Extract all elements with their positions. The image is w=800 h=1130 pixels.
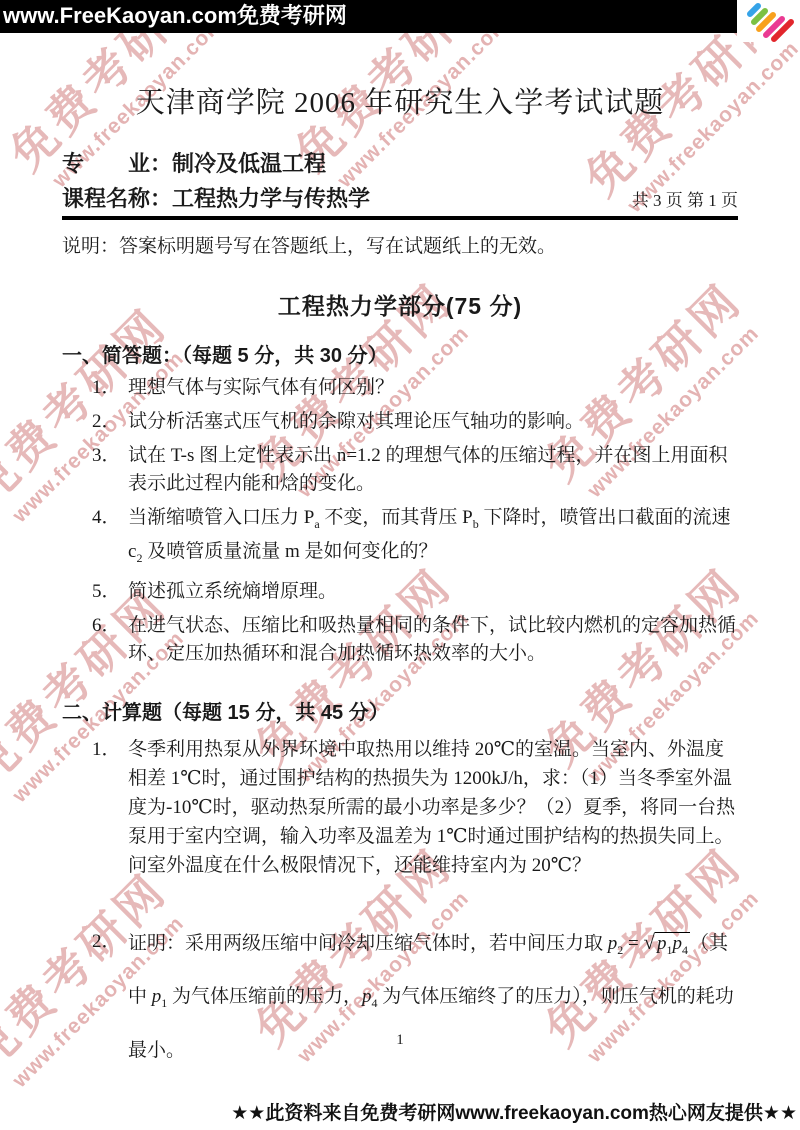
question-item: 5． 简述孤立系统熵增原理。 — [62, 578, 738, 606]
question-item: 2． 证明：采用两级压缩中间冷却压缩气体时，若中间压力取 p2 = √p1p4（… — [62, 918, 738, 1076]
course-name: 课程名称：工程热力学与传热学 — [62, 182, 370, 213]
question-text-segment: = — [623, 933, 643, 954]
math-variable: p — [152, 986, 162, 1007]
question-text-segment: 为气体压缩前的压力， — [167, 986, 362, 1007]
freekaoyan-logo-icon — [737, 0, 800, 42]
question-text: 理想气体与实际气体有何区别？ — [128, 374, 738, 402]
site-name-link[interactable]: www.FreeKaoyan.com免费考研网 — [0, 0, 737, 32]
question-item: 2． 试分析活塞式压气机的余隙对其理论压气轴功的影响。 — [62, 408, 738, 436]
question-text: 简述孤立系统熵增原理。 — [128, 578, 738, 606]
question-number: 5． — [92, 578, 128, 606]
math-variable: p — [673, 933, 683, 954]
question-number: 4． — [92, 504, 128, 572]
question-text-segment: 及喷管质量流量 m 是如何变化的？ — [142, 541, 437, 562]
question-item: 3． 试在 T-s 图上定性表示出 n=1.2 的理想气体的压缩过程，并在图上用… — [62, 442, 738, 498]
part1-heading: 一、简答题：（每题 5 分，共 30 分） — [62, 339, 738, 368]
radicand: p1p4 — [655, 932, 690, 954]
radical-sign: √ — [643, 930, 655, 954]
question-text: 在进气状态、压缩比和吸热量相同的条件下，试比较内燃机的定容加热循环、定压加热循环… — [128, 612, 738, 668]
exam-title: 天津商学院 2006 年研究生入学考试试题 — [62, 80, 738, 121]
question-text: 当渐缩喷管入口压力 Pa 不变，而其背压 Pb 下降时，喷管出口截面的流速 c2… — [128, 504, 738, 572]
site-logo[interactable] — [737, 0, 800, 42]
question-text: 证明：采用两级压缩中间冷却压缩气体时，若中间压力取 p2 = √p1p4（其中 … — [128, 918, 738, 1076]
question-number: 6． — [92, 612, 128, 668]
question-number: 1． — [92, 374, 128, 402]
footer-banner: ★★此资料来自免费考研网www.freekaoyan.com热心网友提供★★ — [231, 1098, 797, 1125]
course-line: 课程名称：工程热力学与传热学 共 3 页 第 1 页 — [62, 182, 738, 220]
major-line: 专 业：制冷及低温工程 — [62, 147, 738, 178]
question-text-segment: 不变，而其背压 P — [320, 507, 473, 528]
question-number: 2． — [92, 408, 128, 436]
part2-section: 二、计算题（每题 15 分，共 45 分） 1． 冬季利用热泵从外界环境中取热用… — [62, 696, 738, 1076]
site-header-bar: www.FreeKaoyan.com免费考研网 — [0, 0, 737, 33]
part2-heading: 二、计算题（每题 15 分，共 45 分） — [62, 696, 738, 725]
question-text: 冬季利用热泵从外界环境中取热用以维持 20℃的室温。当室内、外温度相差 1℃时，… — [128, 735, 738, 880]
question-number: 1． — [92, 735, 128, 880]
question-number: 2． — [92, 918, 128, 1076]
question-text: 试分析活塞式压气机的余隙对其理论压气轴功的影响。 — [128, 408, 738, 436]
question-text-segment: 当渐缩喷管入口压力 P — [128, 507, 314, 528]
question-item: 1． 理想气体与实际气体有何区别？ — [62, 374, 738, 402]
math-variable: p — [608, 933, 618, 954]
exam-instructions: 说明：答案标明题号写在答题纸上，写在试题纸上的无效。 — [62, 231, 738, 258]
question-item: 1． 冬季利用热泵从外界环境中取热用以维持 20℃的室温。当室内、外温度相差 1… — [62, 735, 738, 880]
math-variable: p — [362, 986, 372, 1007]
math-variable: p — [657, 933, 667, 954]
question-text-segment: 证明：采用两级压缩中间冷却压缩气体时，若中间压力取 — [128, 933, 608, 954]
question-item: 4． 当渐缩喷管入口压力 Pa 不变，而其背压 Pb 下降时，喷管出口截面的流速… — [62, 504, 738, 572]
page-number: 1 — [0, 1032, 800, 1049]
question-number: 3． — [92, 442, 128, 498]
section-title: 工程热力学部分(75 分) — [62, 288, 738, 321]
question-item: 6． 在进气状态、压缩比和吸热量相同的条件下，试比较内燃机的定容加热循环、定压加… — [62, 612, 738, 668]
question-text: 试在 T-s 图上定性表示出 n=1.2 的理想气体的压缩过程，并在图上用面积表… — [128, 442, 738, 498]
exam-document: 天津商学院 2006 年研究生入学考试试题 专 业：制冷及低温工程 课程名称：工… — [0, 0, 800, 1075]
subscript: 4 — [682, 942, 688, 956]
page-count-info: 共 3 页 第 1 页 — [632, 186, 738, 213]
